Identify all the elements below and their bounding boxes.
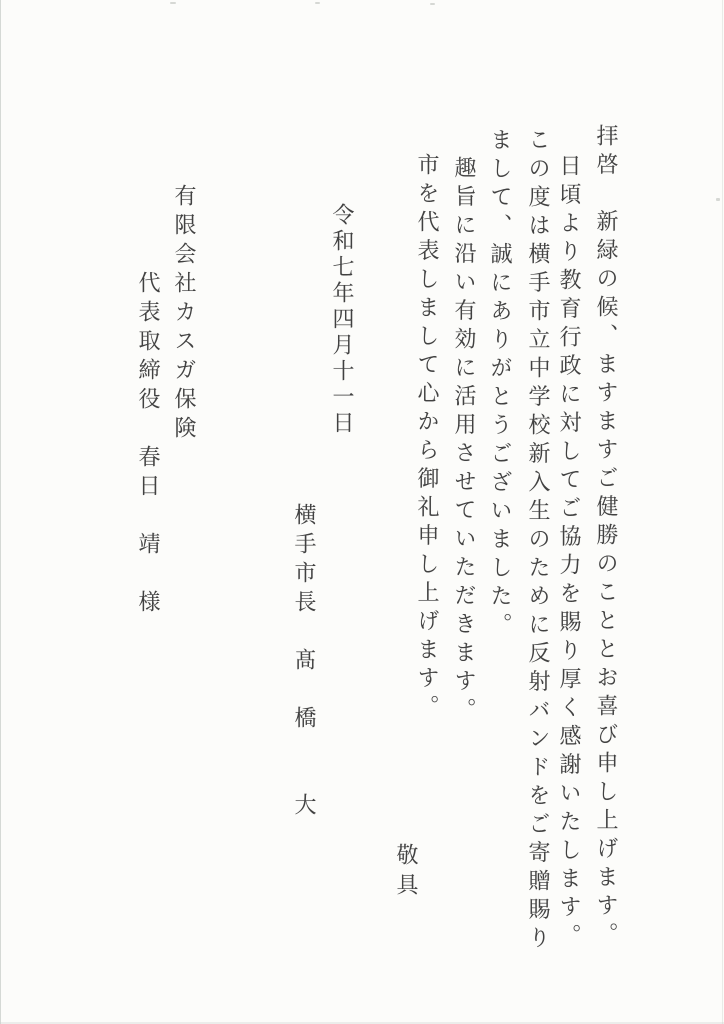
body-line-5: 趣旨に沿い有効に活用させていただきます。 [452,156,476,726]
body-line-4: まして、誠にありがとうございました。 [488,128,512,641]
closing-word: 敬具 [394,843,418,903]
recipient-company-line: 有限会社カスガ保険 [172,184,196,445]
scan-speck [170,2,176,4]
body-line-opening: 拝啓 新緑の候、ますますご健勝のこととお喜び申し上げます。 [594,124,618,951]
scan-speck [430,3,435,5]
date-line: 令和七年四月十一日 [330,203,354,437]
body-line-3: この度は横手市立中学校新入生のために反射バンドをご寄贈賜り [526,128,550,955]
sender-signature-line: 横手市長 髙 橋 大 [292,503,316,822]
scan-edge-right [722,0,723,1024]
scan-edge-left [0,0,1,1024]
body-line-2: 日頃より教育行政に対してご協力を賜り厚く感謝いたします。 [557,154,581,952]
body-line-6: 市を代表しまして心から御礼申し上げます。 [415,153,439,723]
recipient-person-line: 代表取締役 春日 靖 様 [136,271,160,619]
scan-speck [716,198,720,201]
scan-speck [315,2,320,4]
